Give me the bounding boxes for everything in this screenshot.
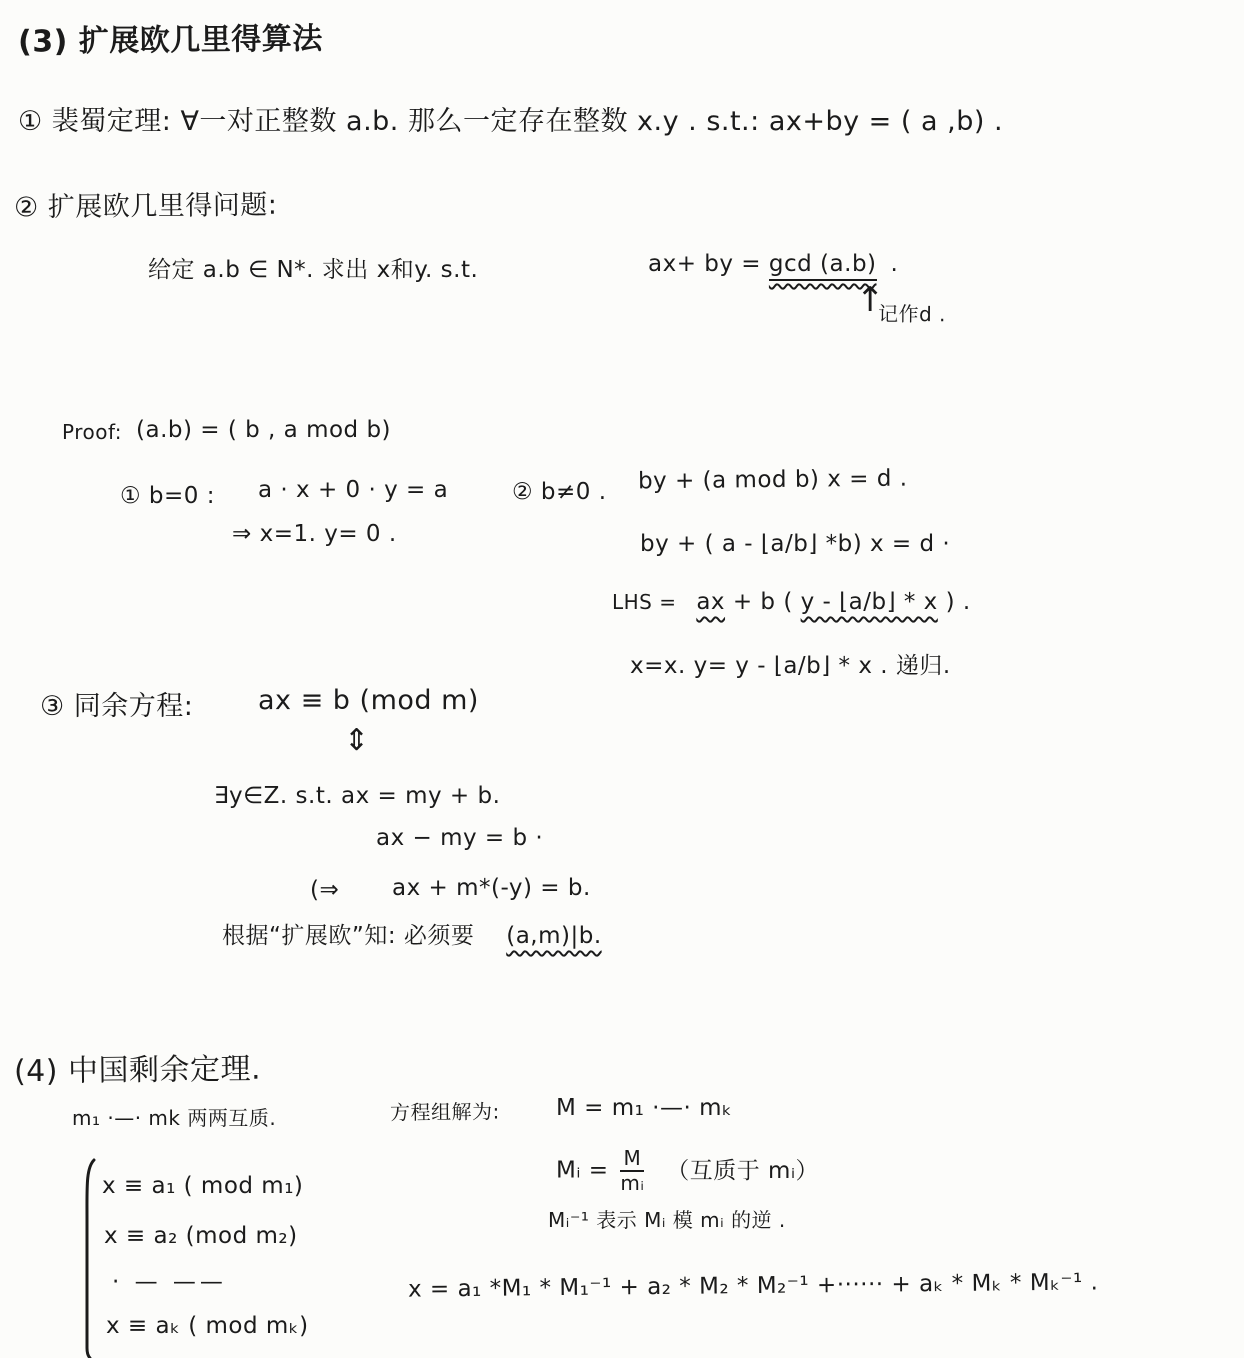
lhs-mid: + b ( bbox=[725, 589, 801, 615]
crt-head: (4) 中国剩余定理. bbox=[14, 1051, 261, 1091]
ext-euclid-eq-gcd: gcd (a.b) bbox=[769, 251, 877, 281]
congruence-conclusion: 根据“扩展欧”知: 必须要 (a,m)|b. bbox=[222, 922, 602, 951]
crt-solution-label: 方程组解为: bbox=[390, 1099, 500, 1125]
proof-lhs-line: LHS = ax + b ( y - ⌊a/b⌋ * x ) . bbox=[612, 588, 971, 617]
crt-mi-def: Mᵢ = M mᵢ （互质于 mᵢ） bbox=[556, 1148, 819, 1194]
ext-euclid-equation: ax+ by = gcd (a.b). bbox=[648, 250, 898, 279]
proof-identity: (a.b) = ( b , a mod b) bbox=[136, 416, 391, 445]
proof-case1-eq: a · x + 0 · y = a bbox=[258, 476, 448, 505]
proof-case2-eq1: by + (a mod b) x = d . bbox=[638, 465, 908, 497]
fraction-numerator: M bbox=[624, 1148, 642, 1169]
fraction-denominator: mᵢ bbox=[620, 1173, 644, 1194]
proof-case2-eq2: by + ( a - ⌊a/b⌋ *b) x = d · bbox=[640, 530, 950, 559]
lhs-underlined: y - ⌊a/b⌋ * x bbox=[801, 589, 938, 615]
congruence-head: ③ 同余方程: bbox=[40, 690, 193, 724]
ext-euclid-eq-lhs: ax+ by = bbox=[648, 251, 769, 277]
congruence-eq: ax ≡ b (mod m) bbox=[258, 684, 479, 718]
proof-case1-head: ① b=0 : bbox=[120, 482, 215, 511]
system-brace bbox=[80, 1158, 98, 1358]
lhs-close: ) . bbox=[938, 589, 971, 615]
system-line-1: x ≡ a₁ ( mod m₁) bbox=[102, 1172, 303, 1201]
mi-note: （互质于 mᵢ） bbox=[666, 1158, 819, 1184]
crt-formula: x = a₁ *M₁ * M₁⁻¹ + a₂ * M₂ * M₂⁻¹ +····… bbox=[408, 1268, 1099, 1304]
proof-label: Proof: bbox=[62, 420, 122, 445]
page-title: (3) 扩展欧几里得算法 bbox=[18, 20, 323, 61]
system-line-k: x ≡ aₖ ( mod mₖ) bbox=[106, 1312, 309, 1341]
congruence-exists: ∃y∈Z. s.t. ax = my + b. bbox=[214, 782, 500, 811]
lhs-label: LHS = bbox=[612, 590, 677, 614]
mi-lhs: Mᵢ = bbox=[556, 1158, 616, 1184]
crt-m-def: M = m₁ ·—· mₖ bbox=[556, 1094, 732, 1123]
proof-recursion-line: x=x. y= y - ⌊a/b⌋ * x . 递归. bbox=[630, 652, 951, 681]
ext-euclid-eq-period: . bbox=[891, 251, 899, 277]
proof-case2-head: ② b≠0 . bbox=[512, 478, 607, 507]
bezout-theorem-line: ① 裴蜀定理: ∀一对正整数 a.b. 那么一定存在整数 x.y . s.t.:… bbox=[18, 105, 1003, 139]
updown-arrow-icon: ⇕ bbox=[344, 722, 370, 760]
congruence-implies-icon: (⇒ bbox=[310, 876, 339, 905]
congruence-eq2: ax − my = b · bbox=[376, 824, 543, 853]
gcd-annotation: 记作d . bbox=[878, 302, 946, 328]
system-line-ellipsis: · — —— bbox=[112, 1268, 227, 1297]
handwritten-notes-page: (3) 扩展欧几里得算法 ① 裴蜀定理: ∀一对正整数 a.b. 那么一定存在整… bbox=[0, 0, 1244, 1358]
lhs-ax: ax bbox=[696, 589, 725, 615]
congruence-eq3: ax + m*(-y) = b. bbox=[392, 874, 591, 903]
mi-fraction: M mᵢ bbox=[620, 1148, 644, 1194]
ext-euclid-given: 给定 a.b ∈ N*. 求出 x和y. s.t. bbox=[148, 256, 478, 285]
proof-case1-result: ⇒ x=1. y= 0 . bbox=[232, 520, 397, 549]
crt-inverse-note: Mᵢ⁻¹ 表示 Mᵢ 模 mᵢ 的逆 . bbox=[548, 1208, 786, 1233]
conclusion-prefix: 根据“扩展欧”知: 必须要 bbox=[222, 923, 474, 949]
system-line-2: x ≡ a₂ (mod m₂) bbox=[104, 1222, 298, 1251]
crt-coprime-line: m₁ ·—· mk 两两互质. bbox=[72, 1106, 276, 1131]
ext-euclid-heading: ② 扩展欧几里得问题: bbox=[14, 189, 278, 226]
conclusion-key: (a,m)|b. bbox=[506, 923, 601, 949]
